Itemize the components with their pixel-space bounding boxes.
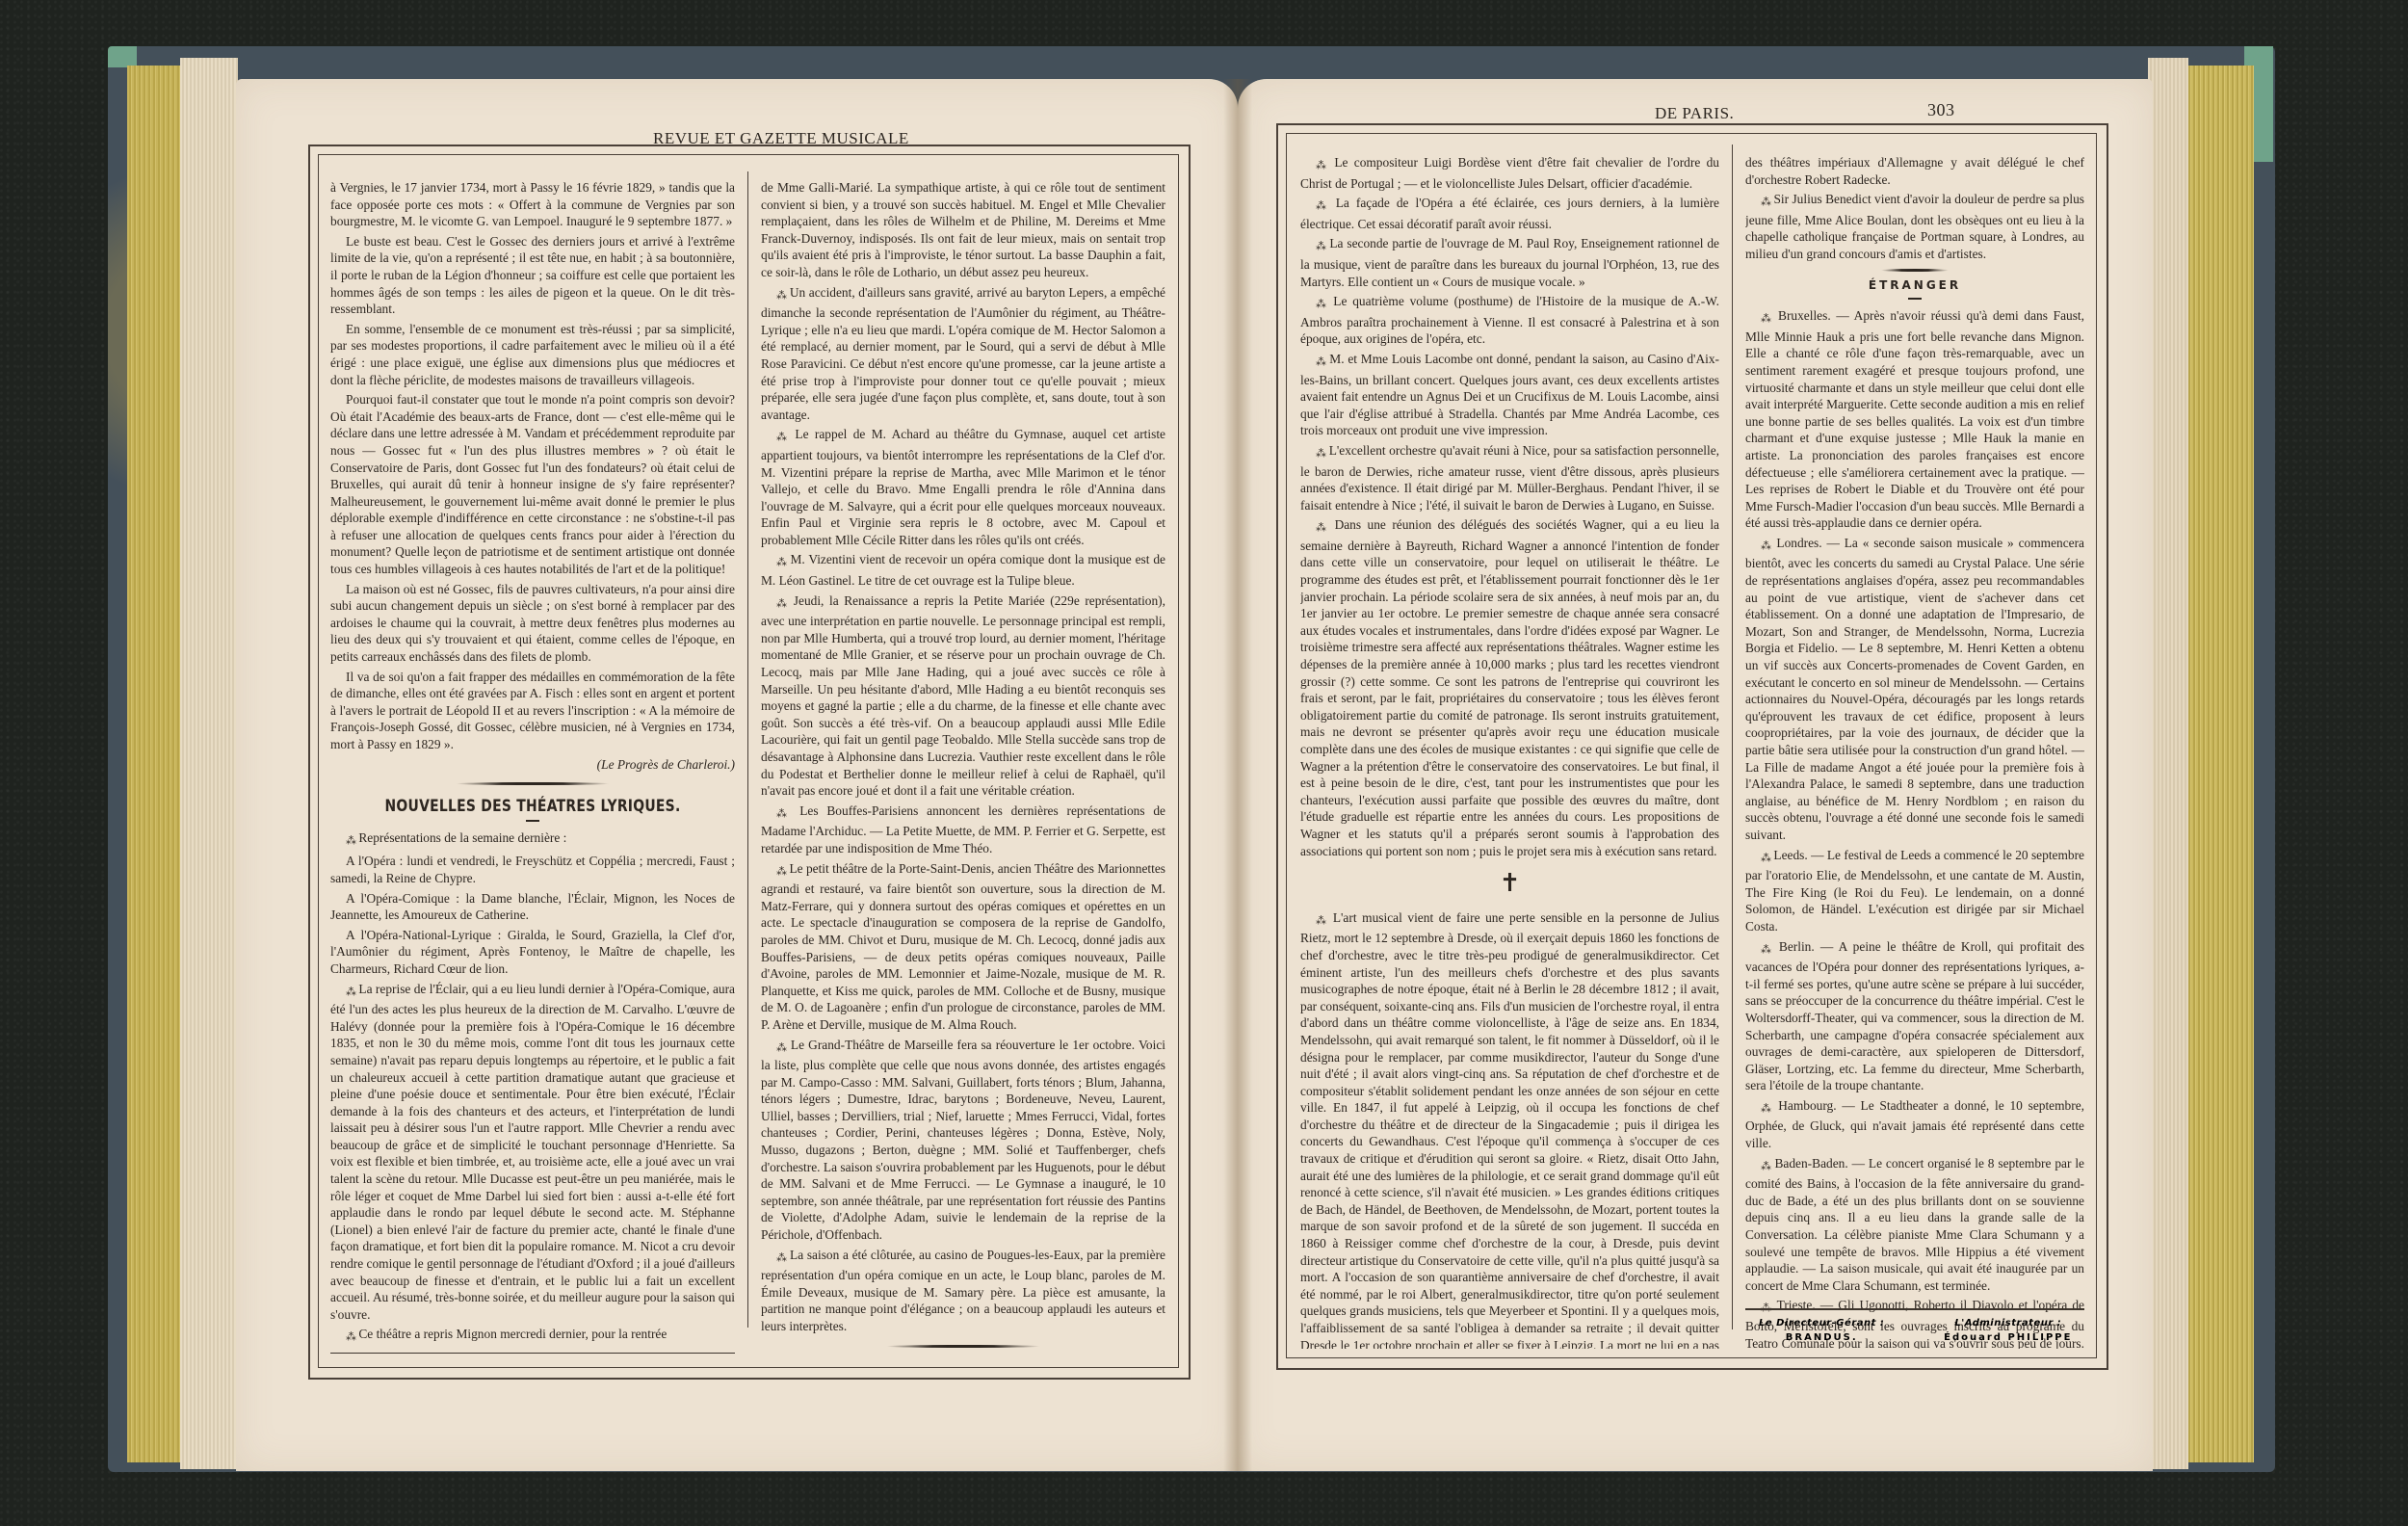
article-paragraph: à Vergnies, le 17 janvier 1734, mort à P… (330, 179, 735, 230)
news-item: ⁂ La reprise de l'Éclair, qui a eu lieu … (330, 981, 735, 1324)
right-column-1: ⁂ Le compositeur Luigi Bordèse vient d'ê… (1300, 154, 1719, 1349)
news-item: ⁂ Le petit théâtre de la Porte-Saint-Den… (761, 860, 1165, 1034)
news-item: ⁂ La façade de l'Opéra a été éclairée, c… (1300, 195, 1719, 232)
asterism-icon: ⁂ (1316, 241, 1326, 252)
section-dash (1908, 298, 1922, 300)
signature-administrator: L'Administrateur : Édouard PHILIPPE (1932, 1318, 2084, 1343)
news-item: ⁂ Représentations de la semaine dernière… (330, 829, 735, 851)
news-item: ⁂ Baden-Baden. — Le concert organisé le … (1745, 1155, 2084, 1295)
article-source: (Le Progrès de Charleroi.) (330, 756, 735, 774)
asterism-icon: ⁂ (1761, 313, 1772, 325)
asterism-icon: ⁂ (1761, 1161, 1771, 1172)
news-item: de Mme Galli-Marié. La sympathique artis… (761, 179, 1165, 281)
section-ornament (1881, 269, 1949, 272)
news-item: ⁂ Un accident, d'ailleurs sans gravité, … (761, 284, 1165, 424)
obituary-cross-icon: ✝ (1300, 875, 1719, 892)
section-ornament (456, 782, 610, 785)
news-item: ⁂ M. et Mme Louis Lacombe ont donné, pen… (1300, 351, 1719, 439)
news-item: ⁂ Jeudi, la Renaissance a repris la Peti… (761, 592, 1165, 800)
gilt-page-edge-right (2186, 66, 2254, 1462)
asterism-icon: ⁂ (776, 432, 789, 443)
news-item: ⁂ Le rappel de M. Achard au théâtre du G… (761, 426, 1165, 548)
news-item: ⁂ Hambourg. — Le Stadtheater a donné, le… (1745, 1097, 2084, 1152)
news-item: ⁂ Le Grand-Théâtre de Marseille fera sa … (761, 1037, 1165, 1244)
asterism-icon: ⁂ (1761, 1103, 1772, 1115)
news-item: ⁂ Le quatrième volume (posthume) de l'Hi… (1300, 293, 1719, 348)
asterism-icon: ⁂ (776, 290, 786, 302)
news-item: ⁂ Dans une réunion des délégués des soci… (1300, 516, 1719, 859)
article-paragraph: Pourquoi faut-il constater que tout le m… (330, 391, 735, 578)
signature-row: Le Directeur-Gérant : BRANDUS. L'Adminis… (1745, 1318, 2084, 1343)
signature-director: Le Directeur-Gérant : BRANDUS. (1745, 1318, 1898, 1343)
news-item: ⁂ La seconde partie de l'ouvrage de M. P… (1300, 235, 1719, 290)
running-head-right: DE PARIS. (1655, 104, 1734, 123)
asterism-icon: ⁂ (776, 557, 787, 568)
news-item: ⁂ Londres. — La « seconde saison musical… (1745, 535, 2084, 844)
news-item: A l'Opéra : lundi et vendredi, le Freysc… (330, 853, 735, 886)
asterism-icon: ⁂ (776, 598, 788, 610)
asterism-icon: ⁂ (346, 987, 355, 998)
left-column-2: de Mme Galli-Marié. La sympathique artis… (761, 179, 1165, 1359)
asterism-icon: ⁂ (1761, 197, 1770, 208)
asterism-icon: ⁂ (1316, 522, 1328, 534)
gilt-page-edge-left (127, 66, 180, 1462)
right-column-divider (1732, 145, 1733, 1329)
page-stack-left (180, 58, 238, 1469)
asterism-icon: ⁂ (1761, 944, 1773, 956)
obituary-paragraph: ⁂ L'art musical vient de faire une perte… (1300, 909, 1719, 1349)
asterism-icon: ⁂ (1316, 448, 1325, 460)
article-paragraph: Le buste est beau. C'est le Gossec des d… (330, 233, 735, 318)
article-paragraph: Il va de soi qu'on a fait frapper des mé… (330, 669, 735, 753)
section-ornament (886, 1345, 1040, 1348)
news-item: A l'Opéra-Comique : la Dame blanche, l'É… (330, 890, 735, 924)
article-paragraph: La maison où est né Gossec, fils de pauv… (330, 581, 735, 666)
news-item: ⁂ Les Bouffes-Parisiens annoncent les de… (761, 802, 1165, 857)
asterism-icon: ⁂ (776, 808, 791, 820)
news-item: ⁂ Ce théâtre a repris Mignon mercredi de… (330, 1326, 735, 1347)
asterism-icon: ⁂ (776, 1252, 786, 1264)
news-item: ⁂ Berlin. — A peine le théâtre de Kroll,… (1745, 938, 2084, 1094)
news-item: ⁂ Leeds. — Le festival de Leeds a commen… (1745, 847, 2084, 935)
asterism-icon: ⁂ (346, 835, 355, 847)
news-item: ⁂ Sir Julius Benedict vient d'avoir la d… (1745, 191, 2084, 262)
news-item: ⁂ La saison a été clôturée, au casino de… (761, 1247, 1165, 1335)
left-column-divider (747, 171, 748, 1328)
book-gutter (1223, 79, 1252, 1471)
asterism-icon: ⁂ (1316, 356, 1325, 368)
news-item: ⁂ M. Vizentini vient de recevoir un opér… (761, 551, 1165, 589)
asterism-icon: ⁂ (776, 1042, 787, 1054)
news-item: ⁂ L'excellent orchestre qu'avait réuni à… (1300, 442, 1719, 513)
page-number: 303 (1927, 100, 1955, 120)
article-paragraph: En somme, l'ensemble de ce monument est … (330, 321, 735, 388)
cover-corner-left (108, 46, 137, 67)
news-item: des théâtres impériaux d'Allemagne y ava… (1745, 154, 2084, 188)
news-item: ⁂ Le compositeur Luigi Bordèse vient d'ê… (1300, 154, 1719, 192)
footnote-divider (330, 1353, 735, 1354)
asterism-icon: ⁂ (776, 866, 786, 878)
asterism-icon: ⁂ (346, 1331, 355, 1343)
asterism-icon: ⁂ (1316, 915, 1327, 927)
asterism-icon: ⁂ (1316, 299, 1327, 310)
asterism-icon: ⁂ (1761, 853, 1770, 864)
section-title-etranger: ÉTRANGER (1745, 277, 2084, 295)
right-column-2: des théâtres impériaux d'Allemagne y ava… (1745, 154, 2084, 1349)
signature-block: Le Directeur-Gérant : BRANDUS. L'Adminis… (1745, 1302, 2084, 1343)
asterism-icon: ⁂ (1761, 540, 1772, 552)
news-item: ⁂ Bruxelles. — Après n'avoir réussi qu'à… (1745, 307, 2084, 532)
news-item: A l'Opéra-National-Lyrique : Giralda, le… (330, 927, 735, 978)
signature-divider (1745, 1308, 2084, 1310)
section-title-theatres-lyriques: NOUVELLES DES THÉATRES LYRIQUES. (367, 799, 698, 816)
asterism-icon: ⁂ (1316, 160, 1328, 171)
left-column-1: à Vergnies, le 17 janvier 1734, mort à P… (330, 179, 735, 1359)
section-dash (526, 820, 539, 822)
page-stack-right (2148, 58, 2188, 1469)
asterism-icon: ⁂ (1316, 200, 1329, 212)
